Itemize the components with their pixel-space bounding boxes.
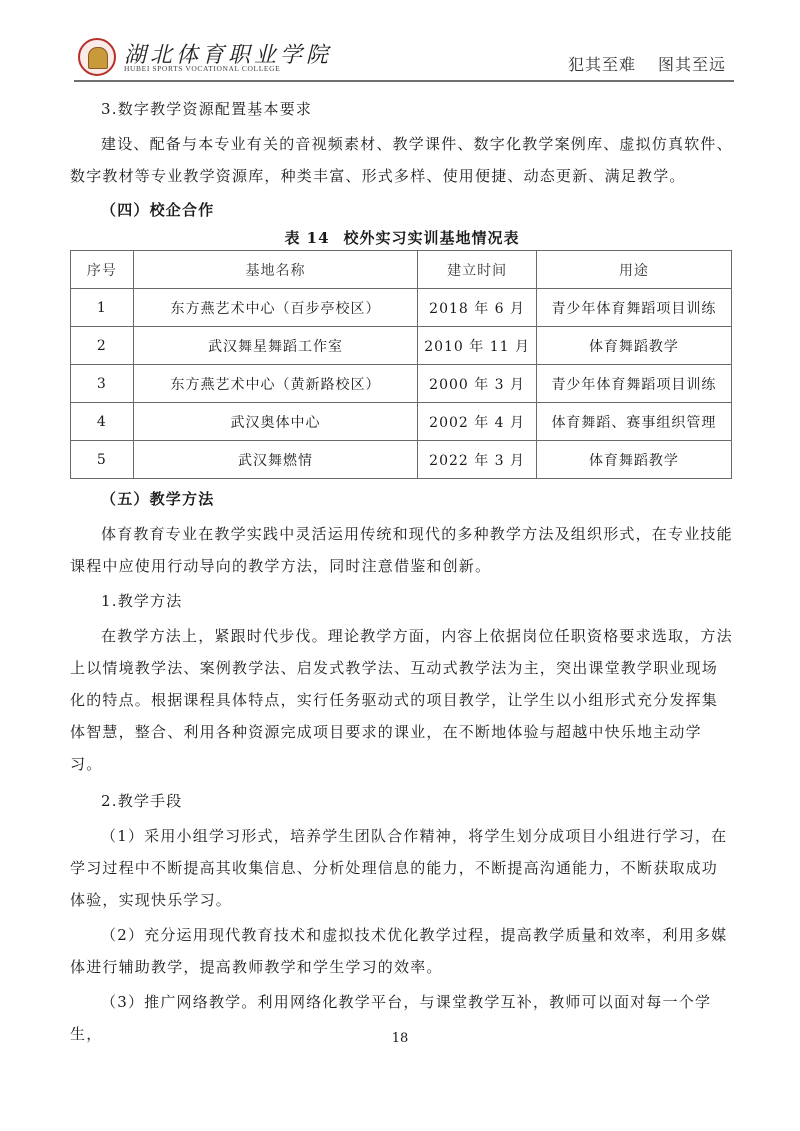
cell-established: 2018 年 6 月 — [418, 289, 537, 327]
subsection-title-teaching-means: 2.教学手段 — [70, 785, 734, 817]
gate-emblem-icon — [88, 47, 108, 69]
cell-base-name: 武汉奥体中心 — [133, 403, 418, 441]
paragraph-means-2: （2）充分运用现代教育技术和虚拟技术优化教学过程，提高教学质量和效率，利用多媒体… — [70, 919, 734, 983]
cell-purpose: 体育舞蹈、赛事组织管理 — [536, 403, 731, 441]
cell-base-name: 东方燕艺术中心（黄新路校区） — [133, 365, 418, 403]
table-row: 4 武汉奥体中心 2002 年 4 月 体育舞蹈、赛事组织管理 — [71, 403, 732, 441]
paragraph-teaching-methods: 在教学方法上，紧跟时代步伐。理论教学方面，内容上依据岗位任职资格要求选取，方法上… — [70, 620, 734, 780]
table-row: 2 武汉舞星舞蹈工作室 2010 年 11 月 体育舞蹈教学 — [71, 327, 732, 365]
section-title-methods: （五）教学方法 — [70, 483, 734, 515]
cell-index: 1 — [71, 289, 134, 327]
header-index: 序号 — [71, 251, 134, 289]
school-name-en: HUBEI SPORTS VOCATIONAL COLLEGE — [124, 64, 280, 73]
cell-purpose: 体育舞蹈教学 — [536, 327, 731, 365]
header-purpose: 用途 — [536, 251, 731, 289]
cell-base-name: 武汉舞燃情 — [133, 441, 418, 479]
training-base-table: 序号 基地名称 建立时间 用途 1 东方燕艺术中心（百步亭校区） 2018 年 … — [70, 250, 732, 479]
body-top: 3.数字教学资源配置基本要求 建设、配备与本专业有关的音视频素材、教学课件、数字… — [70, 93, 734, 248]
paragraph-resources: 建设、配备与本专业有关的音视频素材、教学课件、数字化教学案例库、虚拟仿真软件、数… — [70, 128, 734, 192]
cell-established: 2010 年 11 月 — [418, 327, 537, 365]
subsection-title-teaching-methods: 1.教学方法 — [70, 585, 734, 617]
table-wrapper: 序号 基地名称 建立时间 用途 1 东方燕艺术中心（百步亭校区） 2018 年 … — [70, 241, 734, 479]
cell-base-name: 武汉舞星舞蹈工作室 — [133, 327, 418, 365]
table-header-row: 序号 基地名称 建立时间 用途 — [71, 251, 732, 289]
cell-index: 4 — [71, 403, 134, 441]
cell-base-name: 东方燕艺术中心（百步亭校区） — [133, 289, 418, 327]
cell-purpose: 青少年体育舞蹈项目训练 — [536, 365, 731, 403]
section-title-resources: 3.数字教学资源配置基本要求 — [70, 93, 734, 125]
motto: 犯其至难图其至远 — [568, 52, 726, 75]
cell-established: 2000 年 3 月 — [418, 365, 537, 403]
motto-part-1: 犯其至难 — [568, 55, 636, 74]
section-title-cooperation: （四）校企合作 — [70, 194, 734, 226]
cell-purpose: 青少年体育舞蹈项目训练 — [536, 289, 731, 327]
header-established: 建立时间 — [418, 251, 537, 289]
cell-index: 2 — [71, 327, 134, 365]
motto-part-2: 图其至远 — [658, 55, 726, 74]
cell-established: 2022 年 3 月 — [418, 441, 537, 479]
college-seal-icon — [78, 38, 116, 76]
table-row: 3 东方燕艺术中心（黄新路校区） 2000 年 3 月 青少年体育舞蹈项目训练 — [71, 365, 732, 403]
cell-index: 3 — [71, 365, 134, 403]
paragraph-methods-intro: 体育教育专业在教学实践中灵活运用传统和现代的多种教学方法及组织形式，在专业技能课… — [70, 518, 734, 582]
cell-index: 5 — [71, 441, 134, 479]
cell-established: 2002 年 4 月 — [418, 403, 537, 441]
cell-purpose: 体育舞蹈教学 — [536, 441, 731, 479]
page-number: 18 — [0, 1031, 800, 1046]
table-row: 5 武汉舞燃情 2022 年 3 月 体育舞蹈教学 — [71, 441, 732, 479]
header-base-name: 基地名称 — [133, 251, 418, 289]
body-bottom: （五）教学方法 体育教育专业在教学实践中灵活运用传统和现代的多种教学方法及组织形… — [70, 483, 734, 1050]
table-row: 1 东方燕艺术中心（百步亭校区） 2018 年 6 月 青少年体育舞蹈项目训练 — [71, 289, 732, 327]
paragraph-means-1: （1）采用小组学习形式，培养学生团队合作精神，将学生划分成项目小组进行学习，在学… — [70, 820, 734, 916]
page-header: 湖北体育职业学院 HUBEI SPORTS VOCATIONAL COLLEGE… — [74, 36, 734, 80]
header-divider — [74, 80, 734, 82]
